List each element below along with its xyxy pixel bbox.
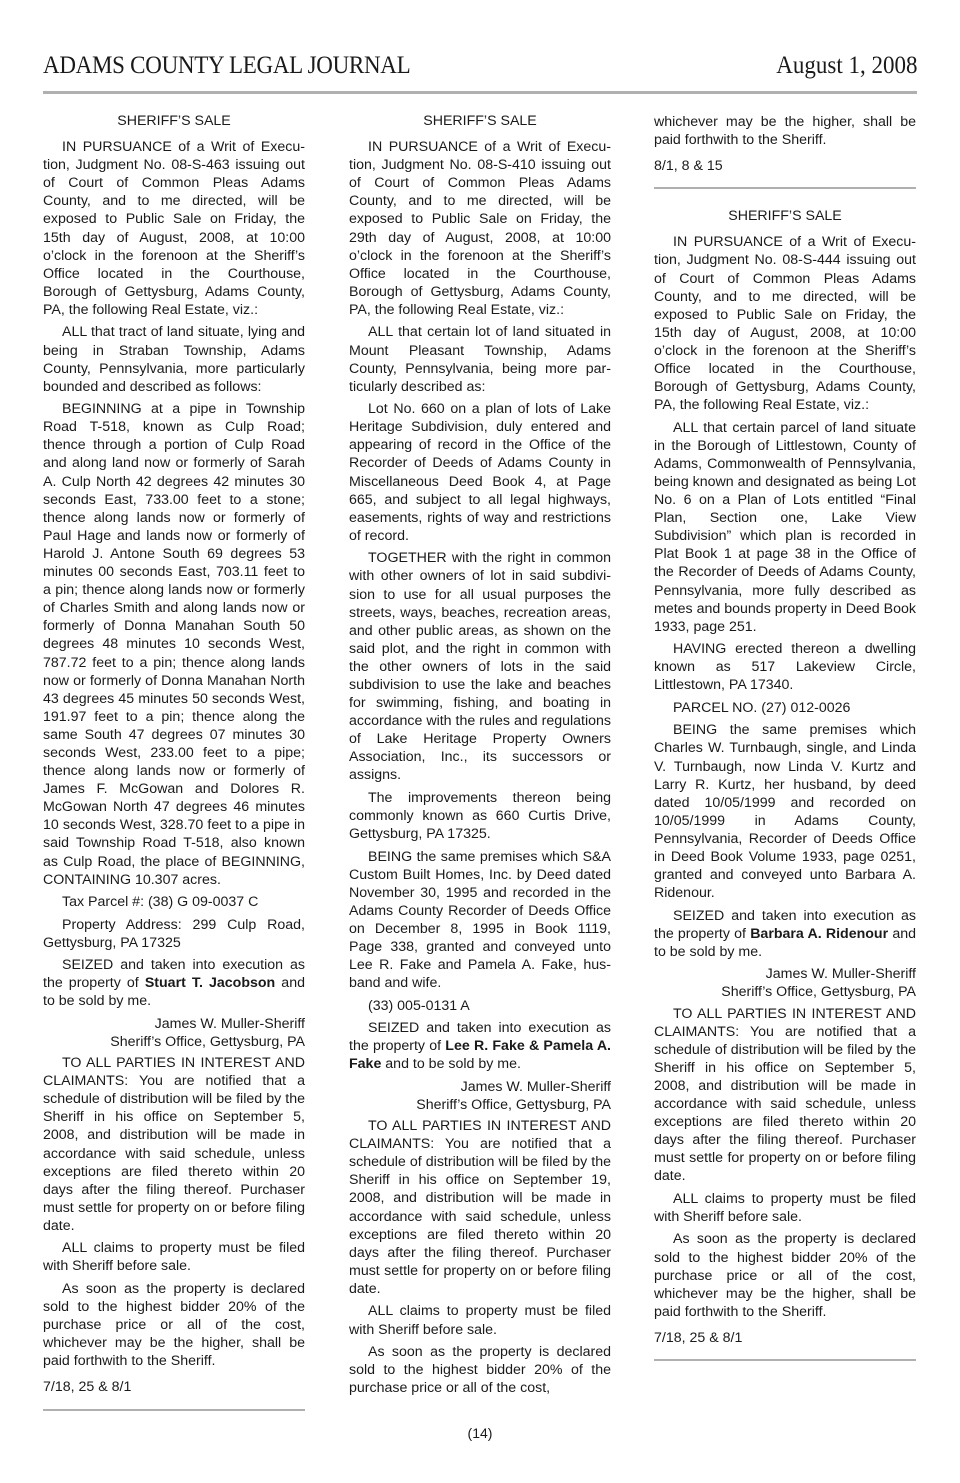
publication-dates: 8/1, 8 & 15 [654,157,916,175]
together-paragraph: TOGETHER with the right in common with o… [349,549,611,784]
defendant-name: Barbara A. Ridenour [750,926,888,942]
lot-description: Lot No. 660 on a plan of lots of Lake He… [349,400,611,545]
bid-terms: As soon as the property is declared sold… [349,1343,611,1397]
writ-paragraph: IN PURSUANCE of a Writ of Execu­tion, Ju… [43,138,305,319]
column-2-sheriffs-sale-08-S-410: SHERIFF’S SALE IN PURSUANCE of a Writ of… [349,112,611,1402]
publication-dates: 7/18, 25 & 8/1 [654,1329,916,1347]
land-description: ALL that certain parcel of land situate … [654,419,916,636]
metes-and-bounds: BEGINNING at a pipe in Township Road T-5… [43,400,305,889]
notice-divider [654,187,916,189]
column-3: whichever may be the higher, shall be pa… [654,113,916,1379]
parcel-number: (33) 005-0131 A [349,997,611,1015]
seized-paragraph: SEIZED and taken into execution as the p… [349,1019,611,1073]
bid-terms: As soon as the property is declared sold… [654,1230,916,1320]
land-description: ALL that tract of land situate, lying an… [43,323,305,395]
journal-title: ADAMS COUNTY LEGAL JOURNAL [43,52,410,80]
dwelling-paragraph: HAVING erected thereon a dwelling known … [654,640,916,694]
publication-dates: 7/18, 25 & 8/1 [43,1378,305,1396]
sheriff-signature: James W. Muller-Sheriff Sheriff’s Office… [654,965,916,1001]
notice-divider [43,1409,305,1411]
being-paragraph: BEING the same premises which S&A Custom… [349,848,611,993]
page-header: ADAMS COUNTY LEGAL JOURNAL August 1, 200… [43,52,917,86]
page-number: (14) [0,1425,960,1441]
notice-divider [654,1359,916,1361]
seized-paragraph: SEIZED and taken into execution as the p… [654,907,916,961]
notice-heading: SHERIFF’S SALE [349,112,611,130]
writ-paragraph: IN PURSUANCE of a Writ of Execu­tion, Ju… [654,233,916,414]
distribution-notice: TO ALL PARTIES IN INTEREST AND CLAIMANTS… [43,1054,305,1235]
land-description: ALL that certain lot of land situated in… [349,323,611,395]
distribution-notice: TO ALL PARTIES IN INTEREST AND CLAIMANTS… [349,1117,611,1298]
parcel-number: PARCEL NO. (27) 012-0026 [654,699,916,717]
header-divider [43,91,917,94]
seized-paragraph: SEIZED and taken into execution as the p… [43,956,305,1010]
distribution-notice: TO ALL PARTIES IN INTEREST AND CLAIMANTS… [654,1005,916,1186]
notice-heading: SHERIFF’S SALE [654,207,916,225]
issue-date: August 1, 2008 [776,52,917,80]
sheriff-signature: James W. Muller-Sheriff Sheriff’s Office… [349,1078,611,1114]
bid-terms: As soon as the property is declared sold… [43,1280,305,1370]
writ-paragraph: IN PURSUANCE of a Writ of Execu­tion, Ju… [349,138,611,319]
tax-parcel: Tax Parcel #: (38) G 09-0037 C [43,893,305,911]
column-1-sheriffs-sale-08-S-463: SHERIFF’S SALE IN PURSUANCE of a Writ of… [43,112,305,1429]
continued-bid-terms: whichever may be the higher, shall be pa… [654,113,916,149]
improvements-paragraph: The improvements thereon being commonly … [349,789,611,843]
property-address: Property Address: 299 Culp Road, Gettysb… [43,916,305,952]
defendant-name: Stuart T. Jacobson [145,975,275,991]
claims-notice: ALL claims to property must be filed wit… [43,1239,305,1275]
sheriff-signature: James W. Muller-Sheriff Sheriff’s Office… [43,1015,305,1051]
notice-heading: SHERIFF’S SALE [43,112,305,130]
being-paragraph: BEING the same premises which Charles W.… [654,721,916,902]
claims-notice: ALL claims to property must be filed wit… [349,1302,611,1338]
claims-notice: ALL claims to property must be filed wit… [654,1190,916,1226]
